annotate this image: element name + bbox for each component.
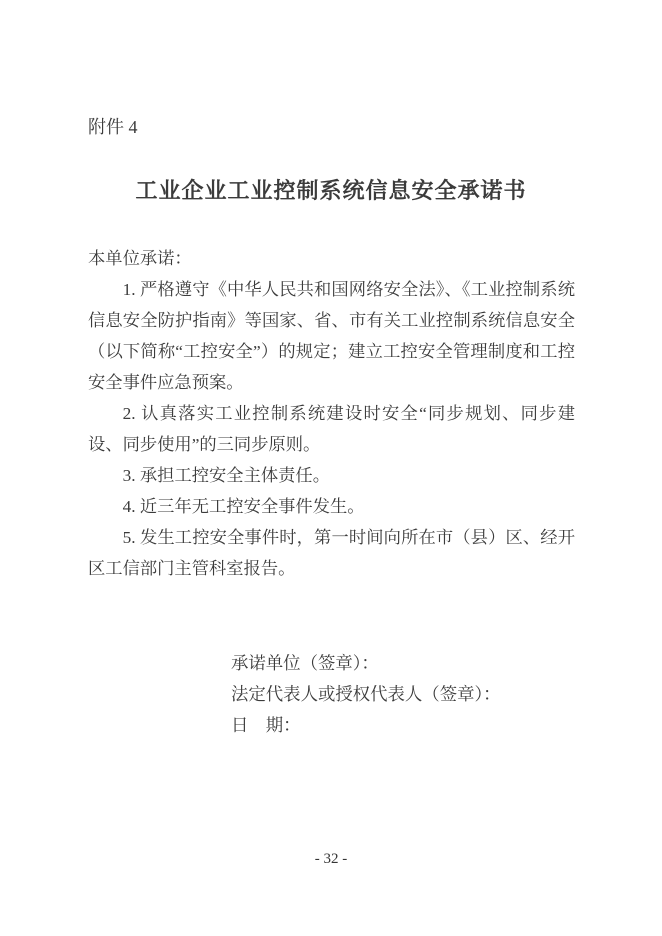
signature-date-line: 日 期： (231, 710, 501, 741)
commitment-item: 3. 承担工控安全主体责任。 (88, 460, 575, 491)
signature-representative-line: 法定代表人或授权代表人（签章）： (231, 679, 501, 710)
commitment-item: 4. 近三年无工控安全事件发生。 (88, 491, 575, 522)
document-body: 本单位承诺： 1. 严格遵守《中华人民共和国网络安全法》、《工业控制系统信息安全… (88, 243, 575, 584)
signature-block: 承诺单位（签章）： 法定代表人或授权代表人（签章）： 日 期： (231, 648, 501, 741)
document-title: 工业企业工业控制系统信息安全承诺书 (0, 175, 662, 207)
commitment-list: 1. 严格遵守《中华人民共和国网络安全法》、《工业控制系统信息安全防护指南》等国… (88, 274, 575, 584)
commitment-item: 1. 严格遵守《中华人民共和国网络安全法》、《工业控制系统信息安全防护指南》等国… (88, 274, 575, 398)
document-page: 附件 4 工业企业工业控制系统信息安全承诺书 本单位承诺： 1. 严格遵守《中华… (0, 0, 662, 936)
page-number: - 32 - (0, 851, 662, 868)
lead-line: 本单位承诺： (88, 243, 575, 274)
attachment-label: 附件 4 (88, 114, 138, 140)
commitment-item: 5. 发生工控安全事件时，第一时间向所在市（县）区、经开区工信部门主管科室报告。 (88, 522, 575, 584)
commitment-item: 2. 认真落实工业控制系统建设时安全“同步规划、同步建设、同步使用”的三同步原则… (88, 398, 575, 460)
signature-unit-line: 承诺单位（签章）： (231, 648, 501, 679)
